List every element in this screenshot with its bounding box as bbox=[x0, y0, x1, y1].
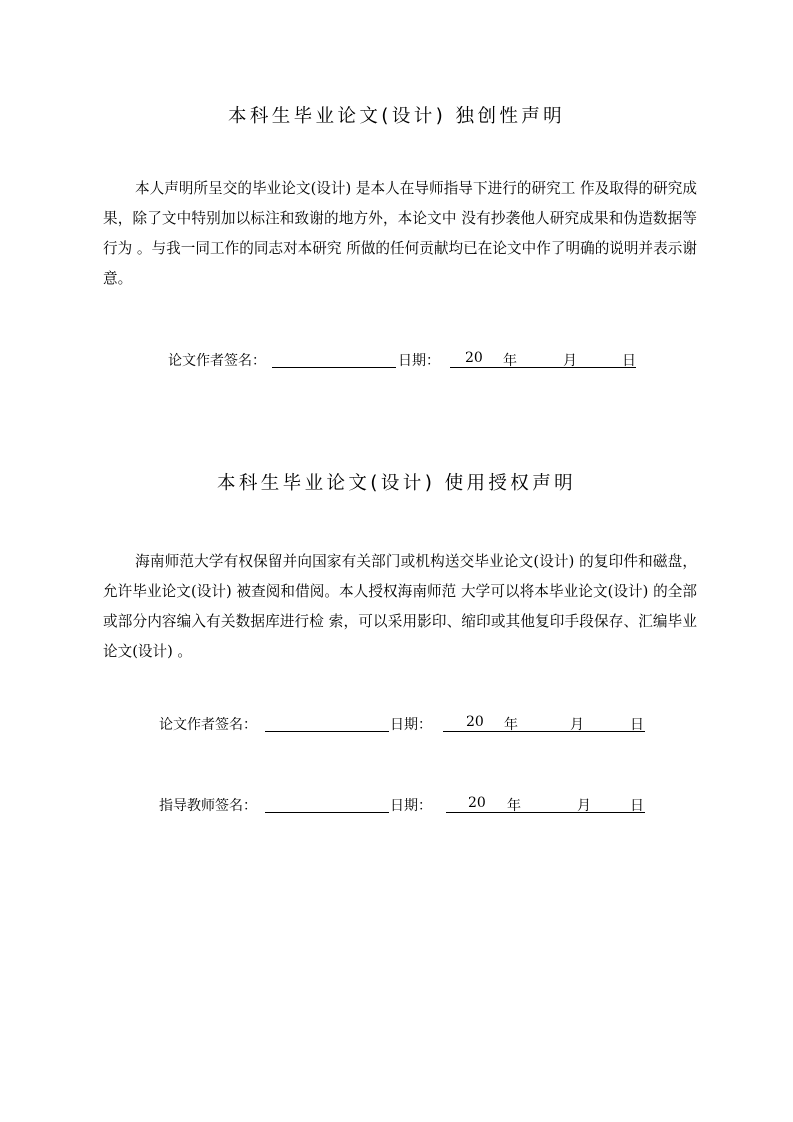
advisor-signature-field[interactable] bbox=[265, 812, 389, 813]
date-field[interactable] bbox=[450, 367, 636, 368]
day-label: 日 bbox=[622, 350, 636, 370]
year-prefix: 20 bbox=[466, 714, 484, 730]
authorization-paragraph: 海南师范大学有权保留并向国家有关部门或机构送交毕业论文(设计) 的复印件和磁盘，… bbox=[103, 547, 697, 667]
date-label: 日期： bbox=[390, 714, 432, 734]
day-label: 日 bbox=[630, 714, 644, 734]
year-label: 年 bbox=[504, 714, 518, 734]
originality-title: 本科生毕业论文(设计) 独创性声明 bbox=[0, 102, 793, 128]
year-prefix: 20 bbox=[465, 350, 483, 366]
author-signature-row-2: 论文作者签名： 日期： 20 年 月 日 bbox=[159, 714, 649, 734]
originality-text: 本人声明所呈交的毕业论文(设计) 是本人在导师指导下进行的研究工 作及取得的研究… bbox=[103, 180, 697, 287]
year-label: 年 bbox=[503, 350, 517, 370]
year-prefix: 20 bbox=[468, 795, 486, 811]
date-field[interactable] bbox=[446, 812, 645, 813]
date-label: 日期： bbox=[390, 795, 432, 815]
author-signature-label: 论文作者签名： bbox=[159, 714, 257, 734]
month-label: 月 bbox=[563, 350, 577, 370]
author-signature-label: 论文作者签名： bbox=[168, 350, 266, 370]
day-label: 日 bbox=[630, 795, 644, 815]
author-signature-field[interactable] bbox=[272, 367, 396, 368]
author-signature-row-1: 论文作者签名： 日期： 20 年 月 日 bbox=[168, 350, 638, 370]
originality-paragraph: 本人声明所呈交的毕业论文(设计) 是本人在导师指导下进行的研究工 作及取得的研究… bbox=[103, 174, 697, 294]
year-label: 年 bbox=[507, 795, 521, 815]
advisor-signature-row: 指导教师签名： 日期： 20 年 月 日 bbox=[159, 795, 649, 815]
authorization-text: 海南师范大学有权保留并向国家有关部门或机构送交毕业论文(设计) 的复印件和磁盘，… bbox=[103, 553, 697, 660]
advisor-signature-label: 指导教师签名： bbox=[159, 795, 257, 815]
author-signature-field[interactable] bbox=[265, 731, 389, 732]
date-label: 日期： bbox=[398, 350, 440, 370]
month-label: 月 bbox=[570, 714, 584, 734]
date-field[interactable] bbox=[443, 731, 645, 732]
authorization-title: 本科生毕业论文(设计) 使用授权声明 bbox=[0, 469, 793, 495]
month-label: 月 bbox=[577, 795, 591, 815]
